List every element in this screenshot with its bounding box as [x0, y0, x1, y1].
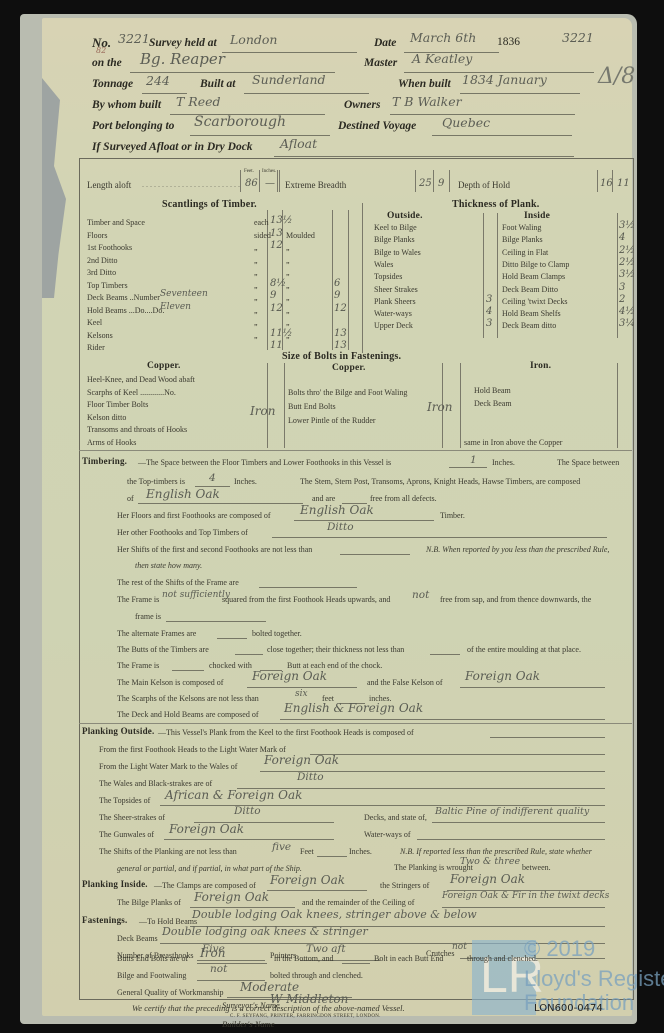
depth-inches: 11	[617, 178, 630, 189]
text: The Space between	[557, 458, 619, 467]
scantling-qual: „	[254, 243, 258, 252]
text: general or partial, and if partial, in w…	[117, 864, 302, 873]
afloat-value: Afloat	[280, 136, 317, 151]
outside-plank-value: 4	[486, 306, 492, 317]
depth-feet: 16	[600, 178, 613, 189]
scantling-qual: „	[254, 318, 258, 327]
planking-shifts-value: five	[272, 841, 291, 853]
inside-plank-label: Bilge Planks	[502, 235, 543, 244]
date-label: Date	[374, 37, 396, 49]
text: squared from the first Foothook Heads up…	[222, 595, 390, 604]
iron-bolt-label: Deck Beam	[474, 399, 512, 408]
text: The alternate Frames are	[117, 629, 196, 638]
copper-bolt-label: Heel-Knee, and Dead Wood abaft	[87, 375, 195, 384]
scantling-middle: 13	[334, 328, 347, 339]
length-feet: 86	[245, 178, 258, 189]
scantling-label: Deck Beams ..Number	[87, 293, 160, 302]
text: The Wales and Black-strakes are of	[99, 779, 212, 788]
inside-plank-value: 3	[619, 282, 625, 293]
bilge-planks-value: Foreign Oak	[194, 890, 269, 904]
feet-header: Feet.	[244, 169, 254, 174]
copper1-value: Iron	[250, 404, 275, 418]
text: frame is	[135, 612, 161, 621]
beams-material-value: English & Foreign Oak	[284, 701, 423, 715]
scantling-moulded: „	[286, 318, 290, 327]
outside-title: Outside.	[387, 211, 423, 221]
text: the Top-timbers is	[127, 477, 185, 486]
scantling-label: Timber and Space	[87, 218, 145, 227]
scantling-middle: 12	[334, 303, 347, 314]
text: chocked with	[209, 661, 252, 670]
text: The Gunwales of	[99, 830, 154, 839]
copper-bolt-label: Lower Pintle of the Rudder	[288, 416, 376, 425]
no-sub: 82	[96, 46, 106, 55]
text: then state how many.	[135, 561, 202, 570]
text: Timber.	[440, 511, 465, 520]
butt-end-through-value: not	[452, 942, 467, 952]
scantling-inches: 11	[270, 340, 283, 351]
text: —This Vessel's Plank from the Keel to th…	[158, 728, 414, 737]
survey-held-value: London	[230, 32, 277, 47]
text: Butts End Bolts are of	[117, 954, 188, 963]
scantling-label: Top Timbers	[87, 281, 128, 290]
inside-plank-value: 2½	[619, 245, 635, 256]
inside-plank-label: Deck Beam ditto	[502, 321, 556, 330]
inside-plank-label: Ditto Bilge to Clamp	[502, 260, 569, 269]
scantling-inches: 13½	[270, 215, 292, 226]
scantling-label: Keel	[87, 318, 102, 327]
scantling-qual: „	[254, 331, 258, 340]
when-built-value: 1834 January	[462, 72, 547, 87]
scantlings-title: Scantlings of Timber.	[162, 199, 257, 210]
text: The Bilge Planks of	[117, 898, 181, 907]
scantling-moulded: „	[286, 331, 290, 340]
copper2-value: Iron	[427, 400, 452, 414]
builder-name-label: Builder's Name	[222, 1019, 275, 1029]
main-kelson-value: Foreign Oak	[252, 669, 327, 683]
scantling-qual: „	[254, 306, 258, 315]
text: Bilge and Footwaling	[117, 971, 186, 980]
scantling-extra: Eleven	[160, 302, 191, 312]
by-whom-label: By whom built	[92, 99, 161, 111]
scantling-moulded: „	[286, 306, 290, 315]
outside-plank-label: Keel to Bilge	[374, 223, 417, 232]
scantling-inches: 9	[270, 290, 276, 301]
built-at-value: Sunderland	[252, 72, 326, 87]
iron-bolt-label: Hold Beam	[474, 386, 511, 395]
light-water-wales-value: Foreign Oak	[264, 753, 339, 767]
text: Her Shifts of the first and second Footh…	[117, 545, 312, 554]
text: Water-ways of	[364, 830, 411, 839]
false-kelson-value: Foreign Oak	[465, 669, 540, 683]
text: —The Space between the Floor Timbers and…	[138, 458, 391, 467]
planking-inside-heading: Planking Inside.	[82, 879, 148, 889]
plank-title: Thickness of Plank.	[452, 199, 539, 210]
inside-title: Inside	[524, 211, 550, 221]
text: Bolt in each Butt End	[374, 954, 443, 963]
length-label: Length aloft	[87, 180, 131, 190]
survey-held-label: Survey held at	[149, 37, 217, 49]
text: From the first Foothook Heads to the Lig…	[99, 745, 286, 754]
year-printed: 1836	[497, 36, 520, 48]
iron-title: Iron.	[530, 361, 551, 371]
text: of the entire moulding at that place.	[467, 645, 581, 654]
copper-bolt-label: Kelson ditto	[87, 413, 126, 422]
master-label: Master	[364, 57, 397, 69]
copper-bolt-label: Scarphs of Keel ............No.	[87, 388, 176, 397]
surveyor-signature: W Middleton	[270, 992, 348, 1006]
text: The Topsides of	[99, 796, 150, 805]
decks-state-value: Baltic Pine of indifferent quality	[435, 806, 589, 817]
copper-bolt-label: Arms of Hooks	[87, 438, 136, 447]
gunwales-value: Foreign Oak	[169, 822, 244, 836]
breadth-inches: 9	[438, 178, 444, 189]
text: free from all defects.	[370, 494, 437, 503]
text: The rest of the Shifts of the Frame are	[117, 578, 239, 587]
copper1-title: Copper.	[147, 361, 181, 371]
outside-plank-label: Bilge to Wales	[374, 248, 421, 257]
catalog-id: LON600-0474	[534, 1003, 603, 1014]
text: of	[127, 494, 134, 503]
stem-material-value: English Oak	[146, 487, 220, 501]
text: Inches.	[492, 458, 515, 467]
text: and the False Kelson of	[367, 678, 443, 687]
text: the Stringers of	[380, 881, 429, 890]
scantling-label: Floors	[87, 231, 107, 240]
text: N.B. When reported by you less than the …	[426, 545, 609, 554]
when-built-label: When built	[398, 78, 451, 90]
outside-plank-label: Wales	[374, 260, 393, 269]
text: The Sheer-strakes of	[99, 813, 165, 822]
sap-value: not	[412, 589, 429, 601]
watermark-org-line1: Lloyd's Register	[524, 966, 664, 992]
tonnage-label: Tonnage	[92, 78, 133, 90]
inside-plank-value: 4	[619, 232, 625, 243]
voyage-label: Destined Voyage	[338, 120, 416, 132]
inside-plank-label: Ceiling in Flat	[502, 248, 548, 257]
copper-bolt-label: Butt End Bolts	[288, 402, 336, 411]
text: free from sap, and from thence downwards…	[440, 595, 591, 604]
depth-label: Depth of Hold	[458, 180, 510, 190]
afloat-label: If Surveyed Afloat or in Dry Dock	[92, 141, 253, 153]
port-value: Scarborough	[194, 114, 286, 130]
planking-wrought-value: Two & three	[460, 856, 520, 867]
owners-value: T B Walker	[392, 94, 462, 109]
ship-value: Bg. Reaper	[140, 50, 225, 68]
breadth-label: Extreme Breadth	[285, 180, 346, 190]
scantling-label: Kelsons	[87, 331, 113, 340]
scantling-inches: 12	[270, 303, 283, 314]
scarph-feet-value: six	[295, 689, 308, 699]
bilge-footwaling-value: not	[210, 963, 227, 975]
margin-mark: Δ/8	[598, 64, 635, 89]
inside-plank-label: Deck Beam Ditto	[502, 285, 558, 294]
torn-edge	[42, 78, 72, 298]
inside-plank-value: 4½	[619, 306, 635, 317]
inside-plank-value: 3½	[619, 220, 635, 231]
scantling-qual: „	[254, 268, 258, 277]
stringers-value: Foreign Oak	[450, 872, 525, 886]
top-timber-space-value: 4	[209, 472, 216, 484]
text: Inches.	[234, 477, 257, 486]
scantling-middle: 13	[334, 340, 347, 351]
outside-plank-label: Water-ways	[374, 309, 412, 318]
top-timbers-material-value: Ditto	[327, 521, 354, 533]
scantling-moulded: „	[286, 281, 290, 290]
date-value: March 6th	[410, 30, 476, 45]
text: Her other Foothooks and Top Timbers of	[117, 528, 248, 537]
text: The Scarphs of the Kelsons are not less …	[117, 694, 259, 703]
scantling-moulded: Moulded	[286, 231, 315, 240]
text: between.	[522, 863, 551, 872]
inside-plank-label: Ceiling 'twixt Decks	[502, 297, 567, 306]
scantling-inches: 13	[270, 228, 283, 239]
text: Her Floors and first Foothooks are compo…	[117, 511, 271, 520]
text: and the remainder of the Ceiling of	[302, 898, 414, 907]
iron-bolt-label: same in Iron above the Copper	[464, 438, 562, 447]
inside-plank-value: 3¼	[619, 318, 635, 329]
inside-plank-value: 3½	[619, 269, 635, 280]
scantling-inches: 12	[270, 240, 283, 251]
hold-beams-fastening-value: Double lodging Oak knees, stringer above…	[192, 908, 477, 921]
scantling-middle: 9	[334, 290, 340, 301]
breadth-feet: 25	[419, 178, 432, 189]
text: in the Bottom, and	[274, 954, 334, 963]
scantling-moulded: „	[286, 243, 290, 252]
outside-plank-label: Bilge Planks	[374, 235, 415, 244]
text: General Quality of Workmanship	[117, 988, 224, 997]
scantling-label: 2nd Ditto	[87, 256, 117, 265]
text: The Main Kelson is composed of	[117, 678, 223, 687]
scantling-moulded: „	[286, 293, 290, 302]
no-value: 3221	[118, 31, 150, 46]
outside-plank-label: Upper Deck	[374, 321, 413, 330]
deck-beams-fastening-value: Double lodging oak knees & stringer	[162, 925, 368, 938]
text: From the Light Water Mark to the Wales o…	[99, 762, 237, 771]
scantling-label: 1st Foothooks	[87, 243, 132, 252]
text: The Shifts of the Planking are not less …	[99, 847, 237, 856]
text: and are	[312, 494, 335, 503]
scantling-label: 3rd Ditto	[87, 268, 116, 277]
owners-label: Owners	[344, 99, 380, 111]
inside-plank-label: Foot Waling	[502, 223, 541, 232]
text: The Deck and Hold Beams are composed of	[117, 710, 259, 719]
port-label: Port belonging to	[92, 120, 174, 132]
length-inches: —	[265, 178, 275, 189]
sheer-strakes-value: Ditto	[234, 805, 261, 817]
text: bolted together.	[252, 629, 302, 638]
wales-value: Ditto	[297, 771, 324, 783]
text: The Stem, Stern Post, Transoms, Aprons, …	[300, 477, 580, 486]
floor-space-value: 1	[470, 454, 477, 466]
text: close together; their thickness not less…	[267, 645, 404, 654]
frame-squared-value: not sufficiently	[162, 590, 230, 600]
inside-plank-value: 2½	[619, 257, 635, 268]
topsides-value: African & Foreign Oak	[165, 788, 302, 802]
text: The Frame is	[117, 595, 159, 604]
copper-bolt-label: Transoms and throats of Hooks	[87, 425, 187, 434]
inside-plank-label: Hold Beam Shelfs	[502, 309, 561, 318]
document-backing: No. 3221 82 Survey held at London Date M…	[20, 14, 637, 1024]
text: Decks, and state of,	[364, 813, 427, 822]
fastenings-heading: Fastenings.	[82, 915, 127, 925]
by-whom-value: T Reed	[176, 94, 221, 109]
copper-bolt-label: Floor Timber Bolts	[87, 400, 148, 409]
timbering-heading: Timbering.	[82, 456, 127, 466]
text: N.B. If reported less than the prescribe…	[400, 847, 592, 856]
text: The Frame is	[117, 661, 159, 670]
text: The Butts of the Timbers are	[117, 645, 209, 654]
inside-plank-value: 2	[619, 294, 625, 305]
clamps-value: Foreign Oak	[270, 873, 345, 887]
inside-plank-label: Hold Beam Clamps	[502, 272, 565, 281]
inches-header: Inches.	[262, 169, 276, 174]
text: bolted through and clenched.	[270, 971, 363, 980]
outside-plank-label: Topsides	[374, 272, 402, 281]
voyage-value: Quebec	[442, 115, 490, 130]
scantling-qual: „	[254, 293, 258, 302]
text: Deck Beams	[117, 934, 158, 943]
butt-bolts-value: Iron	[200, 946, 225, 960]
on-the-label: on the	[92, 57, 122, 69]
ceiling-value: Foreign Oak & Fir in the twixt decks	[442, 891, 609, 901]
text: through and clenched.	[467, 954, 538, 963]
copper2-title: Copper.	[332, 363, 366, 373]
scantling-qual: each	[254, 218, 269, 227]
outside-plank-label: Plank Sheers	[374, 297, 416, 306]
outside-plank-value: 3	[486, 294, 492, 305]
ref-number: 3221	[562, 30, 594, 45]
outside-plank-value: 3	[486, 318, 492, 329]
text: Inches.	[349, 847, 372, 856]
master-value: A Keatley	[412, 51, 472, 66]
scantling-inches: 8½	[270, 278, 286, 289]
survey-form: No. 3221 82 Survey held at London Date M…	[42, 18, 632, 1016]
floors-material-value: English Oak	[300, 503, 374, 517]
scantling-qual: sided	[254, 231, 271, 240]
scantling-qual: „	[254, 256, 258, 265]
bolts-title: Size of Bolts in Fastenings.	[282, 351, 401, 362]
scantling-label: Rider	[87, 343, 105, 352]
scantling-extra: Seventeen	[160, 289, 208, 299]
copper-bolt-label: Bolts thro' the Bilge and Foot Waling	[288, 388, 407, 397]
printer-imprint: C. F. SEYFANG, PRINTER, FARRINGDON STREE…	[230, 1014, 381, 1019]
planking-outside-heading: Planking Outside.	[82, 726, 154, 736]
scantling-label: Hold Beams ...Do....Do.	[87, 306, 164, 315]
outside-plank-label: Sheer Strakes	[374, 285, 418, 294]
scantling-moulded: „	[286, 268, 290, 277]
tonnage-value: 244	[146, 73, 170, 88]
text: —The Clamps are composed of	[154, 881, 256, 890]
built-at-label: Built at	[200, 78, 235, 90]
scantling-moulded: „	[286, 256, 290, 265]
scantling-middle: 6	[334, 278, 340, 289]
text: Feet	[300, 847, 314, 856]
scantling-qual: „	[254, 281, 258, 290]
